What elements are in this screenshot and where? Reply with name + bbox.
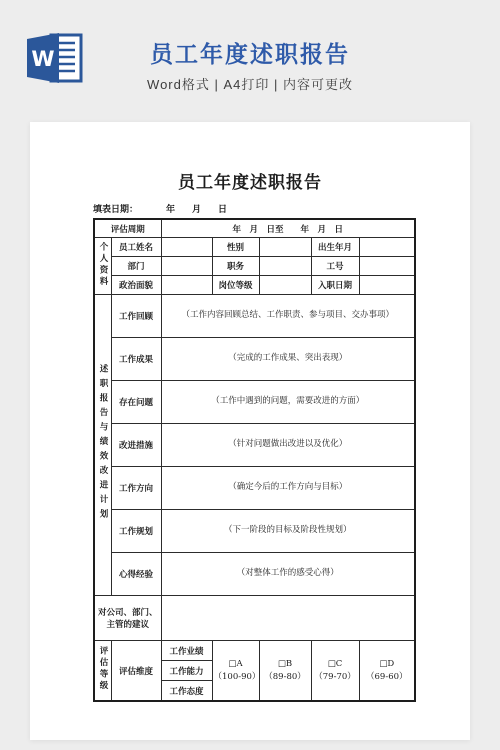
work-review-field[interactable]: （工作内容回顾总结、工作职责、参与项目、交办事项） (161, 295, 415, 338)
evaluation-period-label: 评估周期 (94, 219, 161, 238)
work-direction-field[interactable]: （确定今后的工作方向与目标） (161, 467, 415, 510)
improvement-measures-field[interactable]: （针对问题做出改进以及优化） (161, 424, 415, 467)
position-value[interactable] (259, 257, 311, 276)
hire-date-value[interactable] (359, 276, 415, 295)
experience-insights-field[interactable]: （对整体工作的感受心得） (161, 553, 415, 596)
grade-c-range: （79-70） (313, 671, 358, 684)
political-status-value[interactable] (161, 276, 212, 295)
department-label: 部门 (111, 257, 161, 276)
grade-c-checkbox[interactable]: □C （79-70） (311, 641, 359, 702)
fill-date-row: 填表日期：年 月 日 (93, 202, 470, 215)
grade-d-checkbox[interactable]: □D （69-60） (359, 641, 415, 702)
work-plan-field[interactable]: （下一阶段的目标及阶段性规划） (161, 510, 415, 553)
employee-name-label: 员工姓名 (111, 238, 161, 257)
section-personal-info-label: 个人资料 (99, 242, 108, 288)
experience-insights-label: 心得经验 (111, 553, 161, 596)
political-status-label: 政治面貌 (111, 276, 161, 295)
existing-problems-label: 存在问题 (111, 381, 161, 424)
existing-problems-field[interactable]: （工作中遇到的问题，需要改进的方面） (161, 381, 415, 424)
dimension-work-attitude: 工作态度 (161, 681, 212, 702)
job-grade-label: 岗位等级 (212, 276, 259, 295)
gender-value[interactable] (259, 238, 311, 257)
employee-name-value[interactable] (161, 238, 212, 257)
page: W 员工年度述职报告 Word格式 | A4打印 | 内容可更改 员工年度述职报… (0, 0, 500, 750)
work-direction-label: 工作方向 (111, 467, 161, 510)
grade-d-range: （69-60） (361, 671, 414, 684)
report-form-table: 评估周期 年 月 日至 年 月 日 个人资料 员工姓名 性别 出生年月 部门 职… (93, 218, 416, 702)
document-title: 员工年度述职报告 (30, 122, 470, 193)
hire-date-label: 入职日期 (311, 276, 359, 295)
work-results-field[interactable]: （完成的工作成果、突出表现） (161, 338, 415, 381)
birth-date-value[interactable] (359, 238, 415, 257)
grade-b-range: （89-80） (261, 671, 310, 684)
dimension-work-performance: 工作业绩 (161, 641, 212, 661)
evaluation-dimension-label: 评估维度 (111, 641, 161, 702)
template-subtitle: Word格式 | A4打印 | 内容可更改 (0, 74, 500, 93)
position-label: 职务 (212, 257, 259, 276)
suggestion-field[interactable] (161, 596, 415, 641)
employee-id-label: 工号 (311, 257, 359, 276)
fill-date-value[interactable]: 年 月 日 (166, 205, 231, 215)
grade-b-label: □B (261, 658, 310, 671)
gender-label: 性别 (212, 238, 259, 257)
employee-id-value[interactable] (359, 257, 415, 276)
grade-b-checkbox[interactable]: □B （89-80） (259, 641, 311, 702)
work-results-label: 工作成果 (111, 338, 161, 381)
department-value[interactable] (161, 257, 212, 276)
section-personal-info: 个人资料 (94, 238, 111, 295)
grade-a-checkbox[interactable]: □A （100-90） (212, 641, 259, 702)
grade-d-label: □D (361, 658, 414, 671)
grade-c-label: □C (313, 658, 358, 671)
grade-a-label: □A (214, 658, 258, 671)
section-report-plan-label: 述职报告与绩效改进计划 (99, 364, 108, 524)
grade-a-range: （100-90） (214, 671, 258, 684)
section-evaluation-grade-label: 评估等级 (99, 646, 108, 692)
suggestion-label: 对公司、部门、主管的建议 (94, 596, 161, 641)
section-report-plan: 述职报告与绩效改进计划 (94, 295, 111, 596)
improvement-measures-label: 改进措施 (111, 424, 161, 467)
work-plan-label: 工作规划 (111, 510, 161, 553)
template-title: 员工年度述职报告 (0, 36, 500, 69)
fill-date-label: 填表日期： (93, 205, 138, 215)
document-preview: 员工年度述职报告 填表日期：年 月 日 评估周期 年 月 日至 年 月 日 个人… (30, 122, 470, 740)
work-review-label: 工作回顾 (111, 295, 161, 338)
section-evaluation-grade: 评估等级 (94, 641, 111, 702)
birth-date-label: 出生年月 (311, 238, 359, 257)
job-grade-value[interactable] (259, 276, 311, 295)
dimension-work-ability: 工作能力 (161, 661, 212, 681)
evaluation-period-value[interactable]: 年 月 日至 年 月 日 (161, 219, 415, 238)
